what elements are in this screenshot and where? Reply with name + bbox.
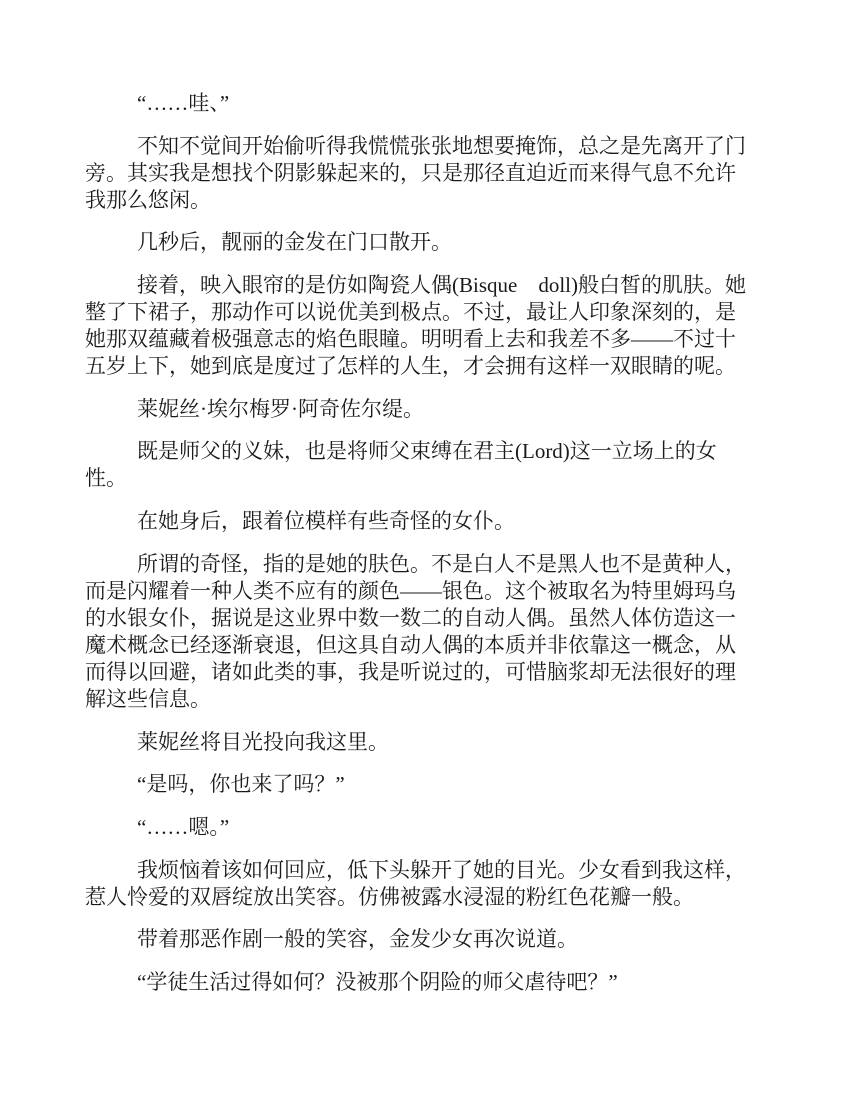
text-line: 而得以回避，诸如此类的事，我是听说过的，可惜脑浆却无法很好的理 — [85, 659, 780, 686]
text-line: 的水银女仆，据说是这业界中数一数二的自动人偶。虽然人体仿造这一 — [85, 605, 780, 632]
text-line: 惹人怜爱的双唇绽放出笑容。仿佛被露水浸湿的粉红色花瓣一般。 — [85, 884, 780, 911]
text-line: 带着那恶作剧一般的笑容，金发少女再次说道。 — [85, 926, 780, 953]
text-line: 莱妮丝·埃尔梅罗·阿奇佐尔缇。 — [85, 396, 780, 423]
text-line: 五岁上下，她到底是度过了怎样的人生，才会拥有这样一双眼睛的呢。 — [85, 353, 780, 380]
text-line: “……嗯。” — [85, 814, 780, 841]
paragraph: “……哇、” — [85, 90, 780, 117]
paragraph: “……嗯。” — [85, 814, 780, 841]
text-line: 整了下裙子，那动作可以说优美到极点。不过，最让人印象深刻的，是 — [85, 299, 780, 326]
text-line: “学徒生活过得如何？没被那个阴险的师父虐待吧？” — [85, 969, 780, 996]
text-line: 接着，映入眼帘的是仿如陶瓷人偶(Bisque doll)般白皙的肌肤。她 — [85, 272, 780, 299]
paragraph: “学徒生活过得如何？没被那个阴险的师父虐待吧？” — [85, 969, 780, 996]
paragraph: 在她身后，跟着位模样有些奇怪的女仆。 — [85, 508, 780, 535]
text-line: 她那双蕴藏着极强意志的焰色眼瞳。明明看上去和我差不多——不过十 — [85, 326, 780, 353]
paragraph: 几秒后，靓丽的金发在门口散开。 — [85, 229, 780, 256]
paragraph: 所谓的奇怪，指的是她的肤色。不是白人不是黑人也不是黄种人，而是闪耀着一种人类不应… — [85, 551, 780, 713]
text-line: 所谓的奇怪，指的是她的肤色。不是白人不是黑人也不是黄种人， — [85, 551, 780, 578]
text-line: 魔术概念已经逐渐衰退，但这具自动人偶的本质并非依靠这一概念，从 — [85, 632, 780, 659]
novel-text-body: “……哇、”不知不觉间开始偷听得我慌慌张张地想要掩饰，总之是先离开了门旁。其实我… — [85, 90, 780, 1012]
paragraph: 接着，映入眼帘的是仿如陶瓷人偶(Bisque doll)般白皙的肌肤。她整了下裙… — [85, 272, 780, 380]
text-line: 在她身后，跟着位模样有些奇怪的女仆。 — [85, 508, 780, 535]
text-line: 性。 — [85, 465, 780, 492]
text-line: 旁。其实我是想找个阴影躲起来的，只是那径直迫近而来得气息不允许 — [85, 160, 780, 187]
paragraph: 莱妮丝·埃尔梅罗·阿奇佐尔缇。 — [85, 396, 780, 423]
paragraph: 莱妮丝将目光投向我这里。 — [85, 729, 780, 756]
paragraph: 带着那恶作剧一般的笑容，金发少女再次说道。 — [85, 926, 780, 953]
text-line: “……哇、” — [85, 90, 780, 117]
paragraph: “是吗，你也来了吗？” — [85, 771, 780, 798]
text-line: 我烦恼着该如何回应，低下头躲开了她的目光。少女看到我这样， — [85, 857, 780, 884]
text-line: 而是闪耀着一种人类不应有的颜色——银色。这个被取名为特里姆玛乌 — [85, 578, 780, 605]
text-line: 几秒后，靓丽的金发在门口散开。 — [85, 229, 780, 256]
text-line: “是吗，你也来了吗？” — [85, 771, 780, 798]
paragraph: 既是师父的义妹，也是将师父束缚在君主(Lord)这一立场上的女性。 — [85, 438, 780, 492]
text-line: 既是师父的义妹，也是将师父束缚在君主(Lord)这一立场上的女 — [85, 438, 780, 465]
paragraph: 不知不觉间开始偷听得我慌慌张张地想要掩饰，总之是先离开了门旁。其实我是想找个阴影… — [85, 133, 780, 214]
paragraph: 我烦恼着该如何回应，低下头躲开了她的目光。少女看到我这样，惹人怜爱的双唇绽放出笑… — [85, 857, 780, 911]
text-line: 莱妮丝将目光投向我这里。 — [85, 729, 780, 756]
text-line: 解这些信息。 — [85, 686, 780, 713]
text-line: 不知不觉间开始偷听得我慌慌张张地想要掩饰，总之是先离开了门 — [85, 133, 780, 160]
text-line: 我那么悠闲。 — [85, 187, 780, 214]
